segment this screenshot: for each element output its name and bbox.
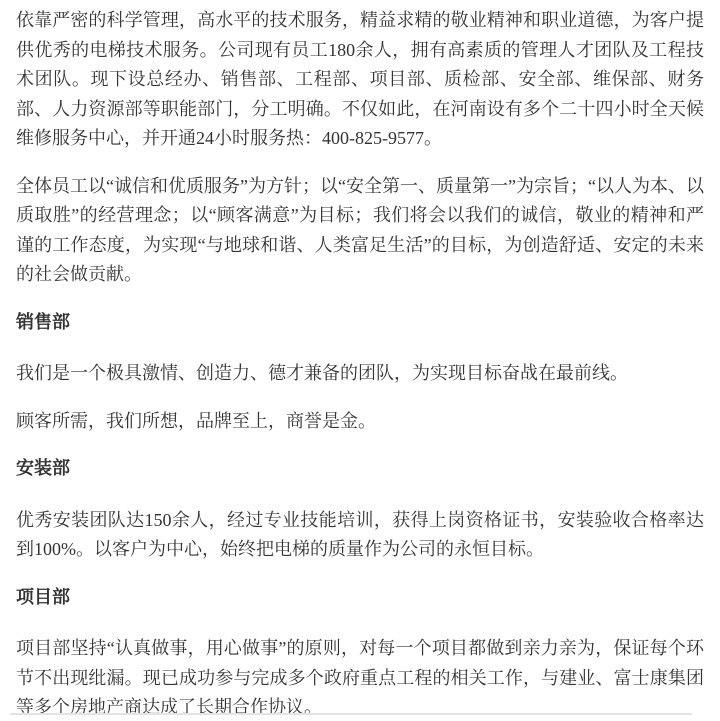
sales-department-paragraph-motto: 顾客所需，我们所想，品牌至上，商誉是金。 [16, 407, 704, 437]
intro-paragraph-values: 全体员工以“诚信和优质服务”为方针；以“安全第一、质量第一”为宗旨；“以人为本、… [16, 172, 704, 290]
company-profile-document: 依靠严密的科学管理，高水平的技术服务，精益求精的敬业精神和职业道德，为客户提供优… [0, 0, 720, 721]
section-heading-project-department: 项目部 [16, 583, 704, 613]
installation-department-paragraph: 优秀安装团队达150余人，经过专业技能培训，获得上岗资格证书，安装验收合格率达到… [16, 506, 704, 565]
section-heading-installation-department: 安装部 [16, 454, 704, 484]
sales-department-paragraph-team: 我们是一个极具激情、创造力、德才兼备的团队，为实现目标奋战在最前线。 [16, 359, 704, 389]
bottom-divider [10, 713, 692, 715]
intro-paragraph-management: 依靠严密的科学管理，高水平的技术服务，精益求精的敬业精神和职业道德，为客户提供优… [16, 6, 704, 154]
section-heading-sales-department: 销售部 [16, 308, 704, 338]
project-department-paragraph: 项目部坚持“认真做事，用心做事”的原则，对每一个项目都做到亲力亲为，保证每个环节… [16, 634, 704, 721]
